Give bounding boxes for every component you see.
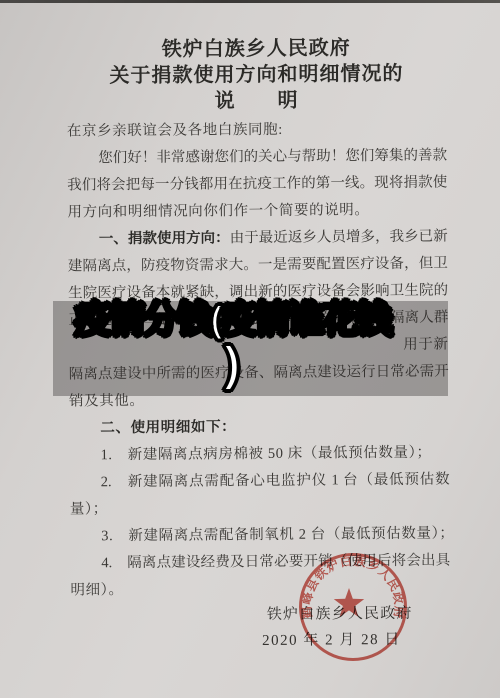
document-line: 1. 新建隔离点病房棉被 50 床（最低预估数量）； xyxy=(69,440,449,470)
watermark-line-1: 疫情分钱(疫情谁花钱 xyxy=(0,297,482,343)
line-bold-heading: 一、捐款使用方向： xyxy=(99,230,230,247)
document-line: 我们将会把每一分钱都用在抗疫工作的第一线。现将捐款使 xyxy=(67,170,447,200)
watermark-line-2: ) xyxy=(0,343,482,387)
title-line-3: 说 明 xyxy=(67,87,447,116)
document-line: 二、使用明细如下： xyxy=(69,413,449,443)
document-line: 一、捐款使用方向：由于最近返乡人员增多，我乡已新 xyxy=(68,224,448,254)
document-line: 3. 新建隔离点需配备制氧机 2 台（最低预估数量）； xyxy=(70,521,450,551)
document-line: 2. 新建隔离点需配备心电监护仪 1 台（最低预估数 xyxy=(69,467,449,497)
document-line: 用方向和明细情况向你们作一个简要的说明。 xyxy=(67,197,447,227)
document-photo: 铁炉白族乡人民政府 关于捐款使用方向和明细情况的 说 明 在京乡亲联谊会及各地白… xyxy=(0,0,500,698)
line-bold-heading: 二、使用明细如下： xyxy=(100,419,236,436)
watermark-caption: 疫情分钱(疫情谁花钱 ) xyxy=(0,297,482,387)
salutation: 在京乡亲联谊会及各地白族同胞: xyxy=(67,116,447,146)
title-line-1: 铁炉白族乡人民政府 xyxy=(66,35,446,64)
document-line: 建隔离点，防疫物资需求大。一是需要配置医疗设备，但卫 xyxy=(68,251,448,281)
photo-top-edge xyxy=(0,0,500,3)
document-line: 您们好！非常感谢您们的关心与帮助！您们筹集的善款 xyxy=(67,143,447,173)
document-line: 量）； xyxy=(70,494,450,524)
seal-star-icon xyxy=(334,588,364,617)
title-line-2: 关于捐款使用方向和明细情况的 xyxy=(66,61,446,90)
official-seal: 鹤峰县铁炉白族乡人民政府 xyxy=(297,552,412,667)
